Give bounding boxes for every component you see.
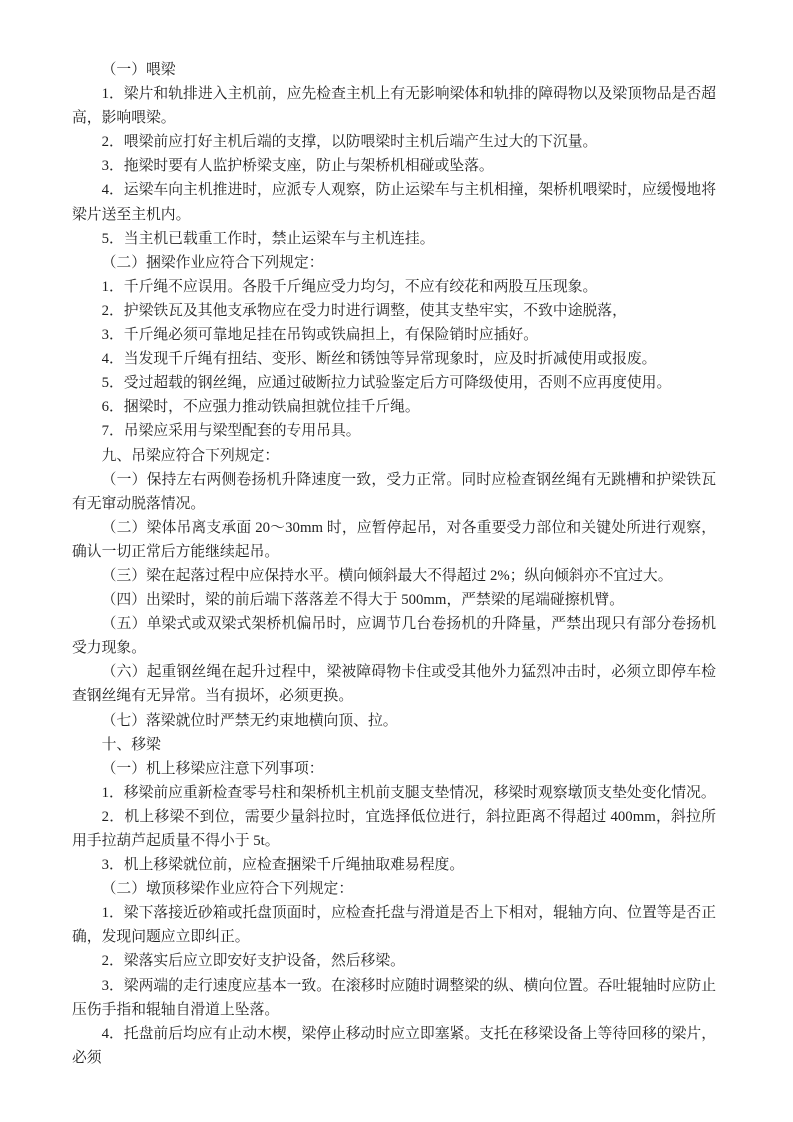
paragraph: 1．千斤绳不应误用。各股千斤绳应受力均匀，不应有绞花和两股互压现象。: [72, 275, 716, 299]
paragraph: 1．移梁前应重新检查零号柱和架桥机主机前支腿支垫情况，移梁时观察墩顶支垫处变化情…: [72, 781, 716, 805]
paragraph: 3．机上移梁就位前，应检查捆梁千斤绳抽取难易程度。: [72, 853, 716, 877]
paragraph: 3．拖梁时要有人监护桥梁支座，防止与架桥机相碰或坠落。: [72, 154, 716, 178]
paragraph: 1．梁下落接近砂箱或托盘顶面时，应检查托盘与滑道是否上下相对，辊轴方向、位置等是…: [72, 901, 716, 949]
paragraph: （四）出梁时，梁的前后端下落落差不得大于 500mm，严禁梁的尾端碰擦机臂。: [72, 588, 716, 612]
paragraph: 6．捆梁时，不应强力推动铁扁担就位挂千斤绳。: [72, 395, 716, 419]
paragraph: （一）喂梁: [72, 58, 716, 82]
document-content: （一）喂梁1．梁片和轨排进入主机前，应先检查主机上有无影响梁体和轨排的障碍物以及…: [72, 58, 716, 1070]
paragraph: 4．当发现千斤绳有扭结、变形、断丝和锈蚀等异常现象时，应及时折减使用或报废。: [72, 347, 716, 371]
paragraph: （二）捆梁作业应符合下列规定：: [72, 251, 716, 275]
paragraph: 九、吊梁应符合下列规定：: [72, 444, 716, 468]
paragraph: （七）落梁就位时严禁无约束地横向顶、拉。: [72, 709, 716, 733]
paragraph: （二）墩顶移梁作业应符合下列规定：: [72, 877, 716, 901]
paragraph: 4．运梁车向主机推进时，应派专人观察，防止运梁车与主机相撞，架桥机喂梁时，应缓慢…: [72, 178, 716, 226]
paragraph: （六）起重钢丝绳在起升过程中，梁被障碍物卡住或受其他外力猛烈冲击时，必须立即停车…: [72, 660, 716, 708]
paragraph: 3．千斤绳必须可靠地足挂在吊钩或铁扁担上，有保险销时应插好。: [72, 323, 716, 347]
paragraph: （一）机上移梁应注意下列事项：: [72, 757, 716, 781]
paragraph: （二）梁体吊离支承面 20～30mm 时，应暂停起吊，对各重要受力部位和关键处所…: [72, 516, 716, 564]
paragraph: 7．吊梁应采用与梁型配套的专用吊具。: [72, 419, 716, 443]
paragraph: 5．当主机已载重工作时，禁止运梁车与主机连挂。: [72, 227, 716, 251]
paragraph: 2．喂梁前应打好主机后端的支撑，以防喂梁时主机后端产生过大的下沉量。: [72, 130, 716, 154]
paragraph: 4．托盘前后均应有止动木楔，梁停止移动时应立即塞紧。支托在移梁设备上等待回移的梁…: [72, 1022, 716, 1070]
paragraph: 2．机上移梁不到位，需要少量斜拉时，宜选择低位进行，斜拉距离不得超过 400mm…: [72, 805, 716, 853]
paragraph: 十、移梁: [72, 733, 716, 757]
paragraph: 1．梁片和轨排进入主机前，应先检查主机上有无影响梁体和轨排的障碍物以及梁顶物品是…: [72, 82, 716, 130]
paragraph: 2．梁落实后应立即安好支护设备，然后移梁。: [72, 949, 716, 973]
document-page: （一）喂梁1．梁片和轨排进入主机前，应先检查主机上有无影响梁体和轨排的障碍物以及…: [0, 0, 793, 1122]
paragraph: 5．受过超载的钢丝绳，应通过破断拉力试验鉴定后方可降级使用，否则不应再度使用。: [72, 371, 716, 395]
paragraph: 3．梁两端的走行速度应基本一致。在滚移时应随时调整梁的纵、横向位置。吞吐辊轴时应…: [72, 974, 716, 1022]
paragraph: （一）保持左右两侧卷扬机升降速度一致，受力正常。同时应检查钢丝绳有无跳槽和护梁铁…: [72, 468, 716, 516]
paragraph: （五）单梁式或双梁式架桥机偏吊时，应调节几台卷扬机的升降量，严禁出现只有部分卷扬…: [72, 612, 716, 660]
paragraph: （三）梁在起落过程中应保持水平。横向倾斜最大不得超过 2%；纵向倾斜亦不宜过大。: [72, 564, 716, 588]
paragraph: 2．护梁铁瓦及其他支承物应在受力时进行调整，使其支垫牢实，不致中途脱落，: [72, 299, 716, 323]
